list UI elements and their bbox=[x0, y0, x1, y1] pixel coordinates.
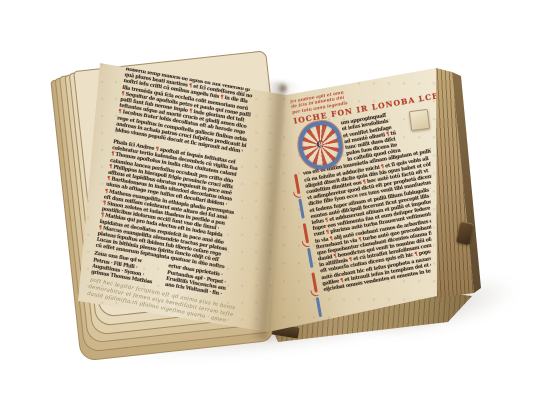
manuscript-photo: Robertū ſemp maioris de ſignis eiſ fuit … bbox=[0, 0, 555, 416]
gutter-notch bbox=[277, 83, 289, 94]
flourish-segment bbox=[294, 174, 300, 194]
flourish-segment bbox=[298, 199, 304, 219]
left-page-text: Robertū ſemp maioris de ſignis eiſ fuit … bbox=[87, 66, 276, 325]
flourish-segment bbox=[316, 297, 322, 317]
flourish-segment bbox=[307, 248, 313, 268]
index-tab bbox=[409, 109, 430, 131]
flourish-segment bbox=[303, 223, 309, 243]
flourish-segment bbox=[311, 272, 317, 292]
left-page: Robertū ſemp maioris de ſignis eiſ fuit … bbox=[70, 58, 290, 338]
